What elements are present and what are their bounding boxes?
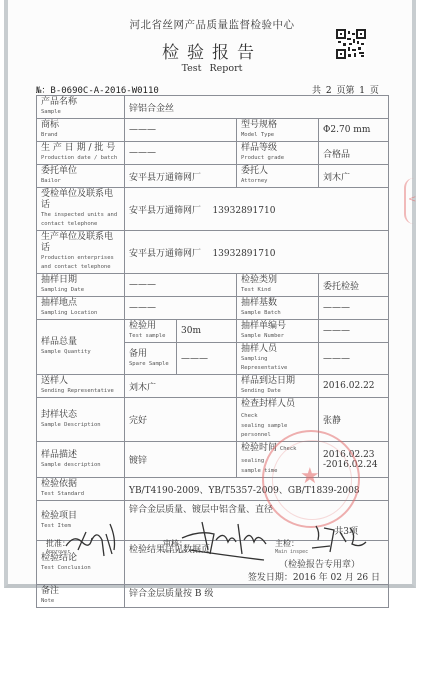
official-seal-stamp: ★ — [262, 430, 360, 528]
label-note: 备注Note — [37, 585, 125, 608]
label-model-type: 型号规格Model Type — [237, 119, 319, 142]
value-spare-sample: ——— — [177, 343, 237, 375]
table-row: 送样人Sending Representative 刘木广 样品到达日期Send… — [37, 375, 389, 398]
label-sample-quantity: 样品总量Sample Quantity — [37, 320, 125, 375]
table-row: 生 产 日 期 / 批 号Production date / batch ———… — [37, 142, 389, 165]
value-model-type: Φ2.70 mm — [319, 119, 389, 142]
value-sample-condition: 完好 — [125, 398, 237, 442]
value-sampling-location: ——— — [125, 297, 237, 320]
label-sampling-date: 抽样日期Sampling Date — [37, 274, 125, 297]
table-row: 受检单位及联系电话The inspected units and contact… — [37, 188, 389, 231]
label-sample-number: 抽样单编号Sample Number — [237, 320, 319, 343]
value-note: 锌合金层质量按 B 级 — [125, 585, 389, 608]
issue-date: 签发日期：2016 年 02 月 26 日 — [248, 570, 380, 583]
value-production-enterprise: 安平县万通筛网厂 13932891710 — [125, 231, 389, 274]
value-product-grade: 合格品 — [319, 142, 389, 165]
value-test-sample: 30m — [177, 320, 237, 343]
label-sample: 产品名称Sample — [37, 96, 125, 119]
label-test-standard: 检验依据Test Standard — [37, 478, 125, 501]
value-production-date: ——— — [125, 142, 237, 165]
value-sample-number: ——— — [319, 320, 389, 343]
label-sample-condition: 封样状态Sample Description — [37, 398, 125, 442]
label-attorney: 委托人Attorney — [237, 165, 319, 188]
label-sample-description: 样品描述Sample description — [37, 442, 125, 478]
qr-code-icon — [336, 29, 366, 59]
label-test-kind: 检验类别Test Kind — [237, 274, 319, 297]
value-sample-description: 镀锌 — [125, 442, 237, 478]
table-row: 样品总量Sample Quantity 检验用Test sample 30m 抽… — [37, 320, 389, 343]
value-sampling-date: ——— — [125, 274, 237, 297]
value-sample: 锌铝合金丝 — [125, 96, 389, 119]
label-production-date: 生 产 日 期 / 批 号Production date / batch — [37, 142, 125, 165]
label-production-enterprise: 生产单位及联系电话Production enterprises and cont… — [37, 231, 125, 274]
value-brand: ——— — [125, 119, 237, 142]
edge-seal-stamp: < — [404, 178, 420, 224]
verifier-signature — [180, 510, 270, 562]
label-sample-batch: 抽样基数Sample Batch — [237, 297, 319, 320]
seal-label: （检验报告专用章） — [279, 557, 360, 570]
label-sampling-location: 抽样地点Sampling Location — [37, 297, 125, 320]
label-sampling-rep: 抽样人员Sampling Representative — [237, 343, 319, 375]
table-row: 抽样日期Sampling Date ——— 检验类别Test Kind 委托检验 — [37, 274, 389, 297]
label-brand: 商标Brand — [37, 119, 125, 142]
table-row: 商标Brand ——— 型号规格Model Type Φ2.70 mm — [37, 119, 389, 142]
label-test-sample: 检验用Test sample — [125, 320, 177, 343]
value-sample-batch: ——— — [319, 297, 389, 320]
label-spare-sample: 备用Spare Sample — [125, 343, 177, 375]
label-bailor: 委托单位Bailor — [37, 165, 125, 188]
value-test-kind: 委托检验 — [319, 274, 389, 297]
value-attorney: 刘木广 — [319, 165, 389, 188]
value-inspected-unit: 安平县万通筛网厂 13932891710 — [125, 188, 389, 231]
value-sampling-rep: ——— — [319, 343, 389, 375]
table-row: 抽样地点Sampling Location ——— 抽样基数Sample Bat… — [37, 297, 389, 320]
label-sending-rep: 送样人Sending Representative — [37, 375, 125, 398]
value-sending-date: 2016.02.22 — [319, 375, 389, 398]
inspector-label: 主检：Main inspec — [275, 538, 308, 555]
page-subtitle: Test Report — [0, 63, 424, 74]
approver-signature — [62, 520, 122, 558]
table-row: 备注Note 锌合金层质量按 B 级 — [37, 585, 389, 608]
value-bailor: 安平县万通筛网厂 — [125, 165, 237, 188]
table-row: 生产单位及联系电话Production enterprises and cont… — [37, 231, 389, 274]
label-sending-date: 样品到达日期Sending Date — [237, 375, 319, 398]
table-row: 委托单位Bailor 安平县万通筛网厂 委托人Attorney 刘木广 — [37, 165, 389, 188]
value-sending-rep: 刘木广 — [125, 375, 237, 398]
label-inspected-unit: 受检单位及联系电话The inspected units and contact… — [37, 188, 125, 231]
label-product-grade: 样品等级Product grade — [237, 142, 319, 165]
table-row: 封样状态Sample Description 完好 检查封样人员 Checkse… — [37, 398, 389, 442]
table-row: 产品名称Sample 锌铝合金丝 — [37, 96, 389, 119]
inspector-signature — [310, 518, 370, 558]
